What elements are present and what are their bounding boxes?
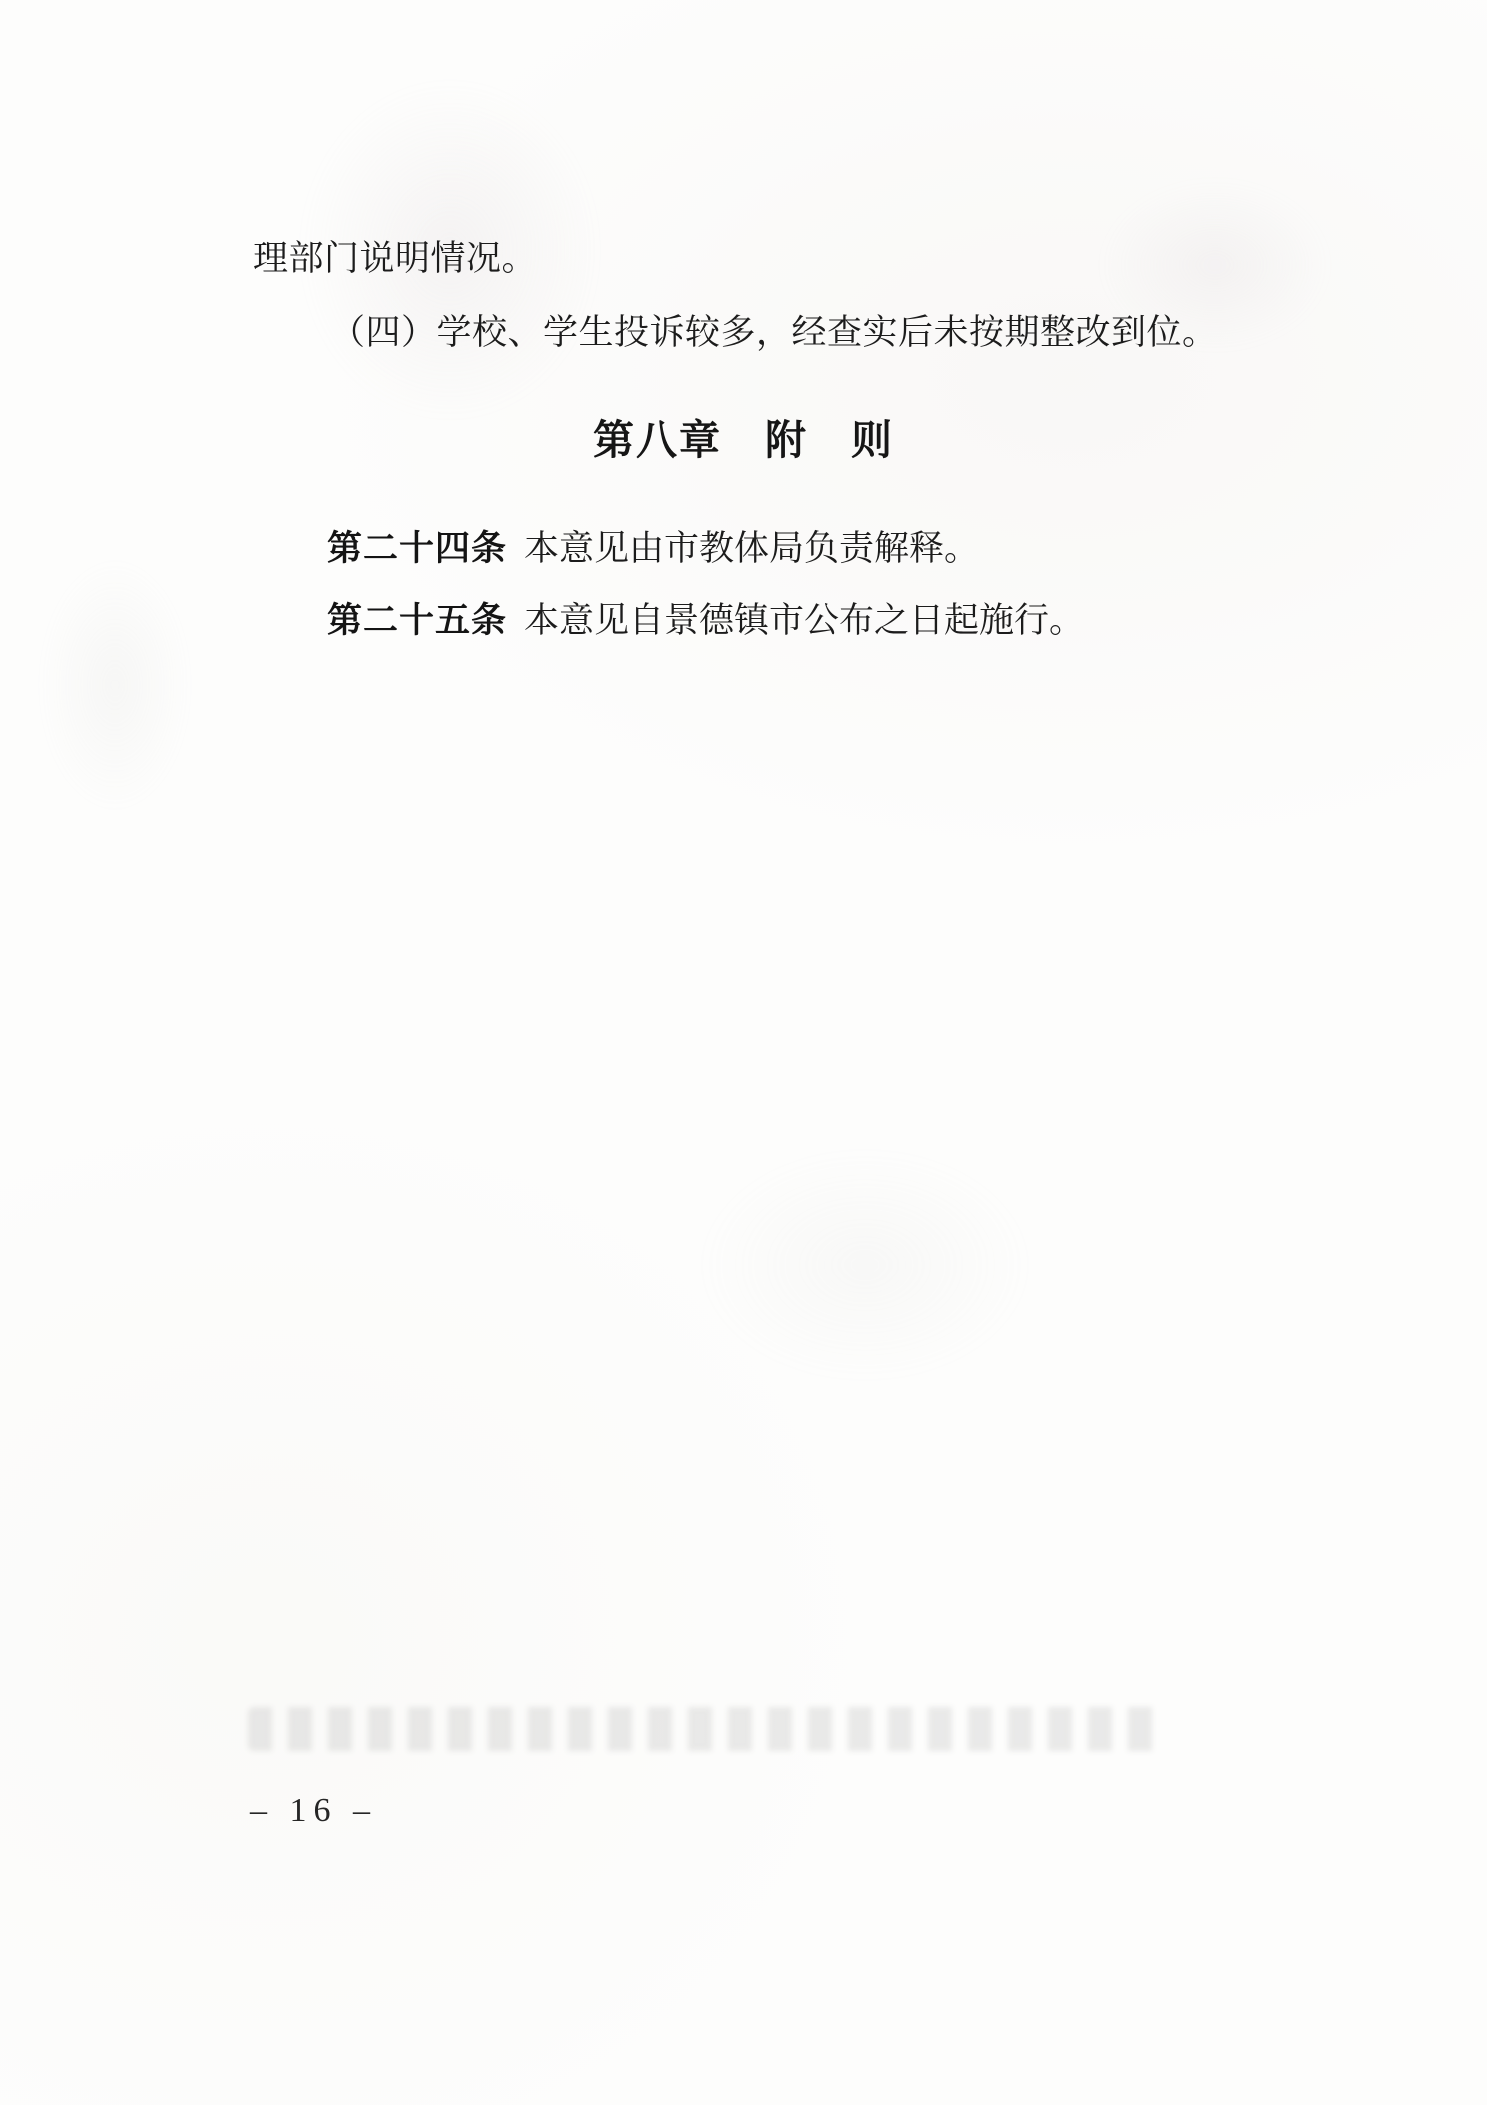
scan-smudge: [700, 1150, 1030, 1380]
paragraph-continuation-line: 理部门说明情况。: [253, 237, 537, 281]
scan-smudge: [40, 560, 190, 810]
article-25-label: 第二十五条: [327, 601, 507, 640]
showthrough-text-row: [248, 1707, 1163, 1751]
article-25-text: 本意见自景德镇市公布之日起施行。: [524, 601, 1084, 640]
page-number: – 16 –: [250, 1791, 377, 1831]
scanned-document-page: 理部门说明情况。 （四）学校、学生投诉较多，经查实后未按期整改到位。 第八章 附…: [0, 0, 1487, 2105]
article-24-label: 第二十四条: [327, 529, 507, 568]
article-24-line: 第二十四条本意见由市教体局负责解释。: [327, 527, 979, 571]
article-24-text: 本意见由市教体局负责解释。: [524, 529, 979, 568]
chapter-heading: 第八章 附 则: [0, 416, 1487, 464]
article-25-line: 第二十五条本意见自景德镇市公布之日起施行。: [327, 599, 1084, 643]
list-item-four: （四）学校、学生投诉较多，经查实后未按期整改到位。: [330, 311, 1218, 355]
